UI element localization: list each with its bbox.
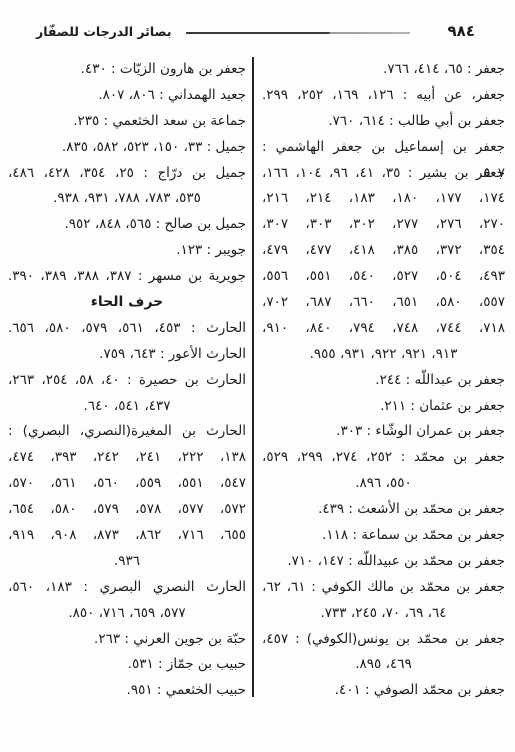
index-entry: جماعة بن سعد الخثعمي : ٢٣٥. xyxy=(8,109,246,135)
index-continuation-line: ٥٧٢، ٥٧٧، ٥٧٨، ٥٧٩، ٥٨٠، ٦٥٤، xyxy=(8,497,246,523)
book-title: بصائر الدرجات للصفّار xyxy=(36,24,172,39)
index-continuation-line: ٥٣٥، ٧٨٣، ٧٨٨، ٩٣١، ٩٣٨. xyxy=(8,186,246,212)
index-entry: جعفر بن محمّد بن مالك الكوفي : ٦١، ٦٢، xyxy=(262,575,505,601)
index-column-right: جعفر : ٦٥، ٤١٤، ٧٦٦.جعفر، عن أبيه : ١٢٦،… xyxy=(262,57,505,704)
index-entry: حبيب الخثعمي : ٩٥١. xyxy=(8,678,246,704)
index-entry: جعفر، عن أبيه : ١٢٦، ١٦٩، ٢٥٢، ٢٩٩. xyxy=(262,83,505,109)
page-number: ٩٨٤ xyxy=(448,22,475,40)
index-entry: جميل : ٣٣، ١٥٠، ٥٢٣، ٥٨٢، ٨٣٥. xyxy=(8,135,246,161)
index-entry: الحارث الأعور : ٦٤٣، ٧٥٩. xyxy=(8,342,246,368)
index-entry: الحارث بن المغيرة(النصري، البصري) : xyxy=(8,419,246,445)
index-entry: جعفر بن محمّد بن الأشعث : ٤٣٩. xyxy=(262,497,505,523)
index-entry: جويرية بن مسهر : ٣٨٧، ٣٨٨، ٣٨٩، ٣٩٠. xyxy=(8,264,246,290)
index-entry: جعفر بن محمّد بن عبيداللّه : ١٤٧، ٧١٠. xyxy=(262,549,505,575)
index-continuation-line: ٩٣٦. xyxy=(8,549,246,575)
index-entry: جعفر بن هارون الزيّات : ٤٣٠. xyxy=(8,57,246,83)
index-continuation-line: ٦٥٥، ٧١٦، ٨٦٢، ٨٧٣، ٩٠٨، ٩١٩، xyxy=(8,523,246,549)
index-entry: جعفر : ٦٥، ٤١٤، ٧٦٦. xyxy=(262,57,505,83)
index-entry: جعفر بن محمّد : ٢٥٢، ٢٧٤، ٢٩٩، ٥٢٩، xyxy=(262,445,505,471)
index-entry: جويبر : ١٢٣. xyxy=(8,238,246,264)
index-continuation-line: ٤٦٩، ٨٩٥. xyxy=(262,652,505,678)
index-entry: جعفر بن محمّد بن يونس(الكوفي) : ٤٥٧، xyxy=(262,627,505,653)
index-entry: جميل بن درّاج : ٢٥، ٣٥٤، ٤٢٨، ٤٨٦، xyxy=(8,161,246,187)
index-continuation-line: ٥٧٧، ٦٥٩، ٧١٦، ٨٥٠. xyxy=(8,601,246,627)
index-entry: جعفر بن محمّد بن سماعة : ١١٨. xyxy=(262,523,505,549)
section-heading: حرف الحاء xyxy=(8,290,246,316)
index-continuation-line: ٥٥٠، ٨٩٦. xyxy=(262,471,505,497)
index-entry: الحارث : ٤٥٣، ٥٦١، ٥٧٩، ٥٨٠، ٦٥٦. xyxy=(8,316,246,342)
index-entry: حبّة بن جوين العرني : ٢٦٣. xyxy=(8,627,246,653)
index-continuation-line: ٣٥٤، ٣٧٢، ٣٨٥، ٤١٨، ٤٧٧، ٤٧٩، xyxy=(262,238,505,264)
index-entry: جعفر بن عمران الوشّاء : ٣٠٣. xyxy=(262,419,505,445)
index-continuation-line: ٥٥٧، ٥٨٠، ٦٥١، ٦٦٠، ٦٨٧، ٧٠٢، xyxy=(262,290,505,316)
header-rule xyxy=(186,32,410,34)
index-column-left: جعفر بن هارون الزيّات : ٤٣٠.جعيد الهمدان… xyxy=(8,57,246,704)
index-entry: جعفر بن إسماعيل بن جعفر الهاشمي : ٥٠٧. xyxy=(262,135,505,161)
index-entry: حبيب بن جمّاز : ٥٣١. xyxy=(8,652,246,678)
index-continuation-line: ٥٤٧، ٥٥١، ٥٥٩، ٥٦٠، ٥٦١، ٥٧٠، xyxy=(8,471,246,497)
index-continuation-line: ٤٣٧، ٥٤١، ٦٤٠. xyxy=(8,394,246,420)
index-entry: جعفر بن أبي طالب : ٦١٤، ٧٦٠. xyxy=(262,109,505,135)
index-continuation-line: ١٧٤، ١٧٧، ١٨٠، ١٨٣، ٢١٤، ٢١٦، xyxy=(262,186,505,212)
index-entry: جعفر بن عبداللّه : ٢٤٤. xyxy=(262,368,505,394)
index-entry: جعفر بن محمّد الصوفي : ٤٠١. xyxy=(262,678,505,704)
index-entry: جعفر بن عثمان : ٢١١. xyxy=(262,394,505,420)
book-page: ٩٨٤ بصائر الدرجات للصفّار جعفر : ٦٥، ٤١٤… xyxy=(0,0,515,752)
index-continuation-line: ٩١٣، ٩٢١، ٩٢٢، ٩٣١، ٩٥٥. xyxy=(262,342,505,368)
index-continuation-line: ٤٩٣، ٥٠٤، ٥٢٧، ٥٤٠، ٥٥١، ٥٥٦، xyxy=(262,264,505,290)
index-entry: جميل بن صالح : ٥٦٥، ٨٤٨، ٩٥٢. xyxy=(8,212,246,238)
column-divider xyxy=(252,57,254,697)
index-continuation-line: ٧١٨، ٧٤٤، ٧٤٨، ٧٩٤، ٨٤٠، ٩١٠، xyxy=(262,316,505,342)
index-continuation-line: ٢٧٠، ٢٧٦، ٢٧٧، ٣٠٢، ٣٠٣، ٣٠٧، xyxy=(262,212,505,238)
index-entry: جعيد الهمداني : ٨٠٦، ٨٠٧. xyxy=(8,83,246,109)
index-continuation-line: ٦٤، ٦٩، ٧٠، ٢٤٥، ٧٣٣. xyxy=(262,601,505,627)
index-entry: الحارث النصري البصري : ١٨٣، ٥٦٠، xyxy=(8,575,246,601)
index-entry: الحارث بن حصيرة : ٤٠، ٥٨، ٢٥٤، ٢٦٣، xyxy=(8,368,246,394)
index-continuation-line: ١٣٨، ٢٢٢، ٢٤١، ٢٤٢، ٣٩٣، ٤٧٤، xyxy=(8,445,246,471)
index-entry: جعفر بن بشير : ٣٥، ٤١، ٩٦، ١٠٤، ١٦٦، xyxy=(262,161,505,187)
